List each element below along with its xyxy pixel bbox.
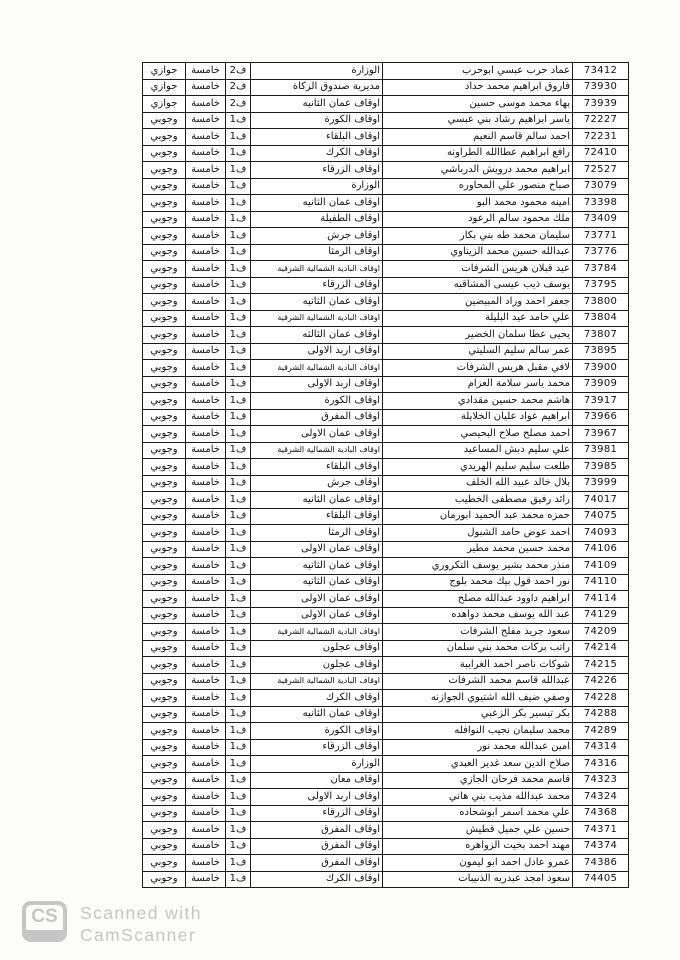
cell-directorate: اوقاف عمان الثانيه <box>251 574 383 591</box>
cell-grade: ف1 <box>226 129 251 146</box>
table-row: 73917هاشم محمد حسين مقدادياوقاف الكورةف1… <box>143 393 629 410</box>
cell-grade: ف1 <box>226 277 251 294</box>
cell-name: سليمان محمد طه بني بكار <box>383 228 573 245</box>
table-row: 74374مهند احمد بخيت الزواهرهاوقاف المفرق… <box>143 838 629 855</box>
cell-serial: 73909 <box>573 376 629 393</box>
cell-serial: 72231 <box>573 129 629 146</box>
table-row: 73999بلال خالد عبيد الله الخلفاوقاف جرشف… <box>143 475 629 492</box>
cell-grade: ف1 <box>226 360 251 377</box>
cell-directorate: اوقاف عمان الاولى <box>251 541 383 558</box>
cell-directorate: اوقاف جرش <box>251 475 383 492</box>
cell-category: خامسة <box>186 690 226 707</box>
cell-directorate: اوقاف المفرق <box>251 838 383 855</box>
cell-category: خامسة <box>186 525 226 542</box>
cell-category: خامسة <box>186 393 226 410</box>
table-row: 74226عبدالله قاسم محمد الشرفاتاوقاف البا… <box>143 673 629 690</box>
cell-category: خامسة <box>186 426 226 443</box>
table-row: 73900لافي مقبل هريس الشرفاتاوقاف البادية… <box>143 360 629 377</box>
cell-directorate: اوقاف المفرق <box>251 822 383 839</box>
table-row: 73967احمد مصلح صلاح البحيصياوقاف عمان ال… <box>143 426 629 443</box>
cell-category: خامسة <box>186 558 226 575</box>
cell-name: لافي مقبل هريس الشرفات <box>383 360 573 377</box>
cell-directorate: اوقاف اربد الاولى <box>251 376 383 393</box>
cell-serial: 74289 <box>573 723 629 740</box>
cell-type: وجوبي <box>143 772 186 789</box>
cell-name: وصفي ضيف الله اشتيوي الجوازنه <box>383 690 573 707</box>
cell-name: هاشم محمد حسين مقدادي <box>383 393 573 410</box>
cell-serial: 73079 <box>573 178 629 195</box>
cell-serial: 74323 <box>573 772 629 789</box>
cell-directorate: اوقاف اربد الاولى <box>251 343 383 360</box>
table-row: 74114ابراهيم داوود عبدالله مصلحاوقاف عما… <box>143 591 629 608</box>
cell-category: خامسة <box>186 723 226 740</box>
cell-type: وجوبي <box>143 525 186 542</box>
cell-directorate: اوقاف عمان الثانيه <box>251 294 383 311</box>
cell-category: خامسة <box>186 228 226 245</box>
cell-grade: ف1 <box>226 690 251 707</box>
cell-type: وجوبي <box>143 228 186 245</box>
cell-type: وجوبي <box>143 723 186 740</box>
cell-directorate: اوقاف الكورة <box>251 393 383 410</box>
cell-serial: 74214 <box>573 640 629 657</box>
table-row: 73981علي سليم دبش المساعيداوقاف البادية … <box>143 442 629 459</box>
cell-type: وجوبي <box>143 640 186 657</box>
cell-grade: ف1 <box>226 838 251 855</box>
cell-name: ابراهيم داوود عبدالله مصلح <box>383 591 573 608</box>
cell-type: وجوبي <box>143 607 186 624</box>
cell-name: بهاء محمد موسى حسين <box>383 96 573 113</box>
table-row: 73895عمر سالم سليم السليتياوقاف اربد الا… <box>143 343 629 360</box>
cell-serial: 72227 <box>573 112 629 129</box>
cell-directorate: اوقاف المفرق <box>251 855 383 872</box>
table-row: 74075حمزه محمد عبد الحميد ابورماناوقاف ا… <box>143 508 629 525</box>
table-row: 73409ملك محمود سالم الرعوداوقاف الطفيلةف… <box>143 211 629 228</box>
cell-category: خامسة <box>186 574 226 591</box>
cell-directorate: اوقاف جرش <box>251 228 383 245</box>
personnel-table: 73412عماد حرب عبسي ابوحربالوزارةف2خامسةج… <box>142 62 629 888</box>
cell-category: خامسة <box>186 822 226 839</box>
cell-category: خامسة <box>186 178 226 195</box>
cell-grade: ف1 <box>226 871 251 888</box>
table-row: 74371حسين علي جميل قطيشاوقاف المفرقف1خام… <box>143 822 629 839</box>
cell-category: خامسة <box>186 277 226 294</box>
cell-directorate: اوقاف المفرق <box>251 409 383 426</box>
cell-directorate: اوقاف البلقاء <box>251 459 383 476</box>
cell-type: وجوبي <box>143 822 186 839</box>
table-row: 73784عيد قبلان هريس الشرفاتاوقاف البادية… <box>143 261 629 278</box>
cell-directorate: اوقاف عمان الثانيه <box>251 558 383 575</box>
cell-name: محمد ياسر سلامة العزام <box>383 376 573 393</box>
table-row: 74129عبد الله يوسف محمد دواهدهاوقاف عمان… <box>143 607 629 624</box>
cell-name: عبدالله قاسم محمد الشرفات <box>383 673 573 690</box>
table-row: 73795يوسف ذيب عيسى المشاقبهاوقاف الزرقاء… <box>143 277 629 294</box>
cell-type: وجوبي <box>143 327 186 344</box>
cell-serial: 74371 <box>573 822 629 839</box>
cell-serial: 74226 <box>573 673 629 690</box>
cell-category: خامسة <box>186 805 226 822</box>
cell-type: وجوبي <box>143 294 186 311</box>
cell-directorate: اوقاف البادية الشمالية الشرقية <box>251 624 383 641</box>
table-row: 74368علي محمد اسمر ابوشحادهاوقاف الزرقاء… <box>143 805 629 822</box>
cell-name: يوسف ذيب عيسى المشاقبه <box>383 277 573 294</box>
cell-serial: 73412 <box>573 63 629 80</box>
cell-category: خامسة <box>186 112 226 129</box>
cell-type: وجوبي <box>143 805 186 822</box>
cell-directorate: اوقاف الكرك <box>251 690 383 707</box>
cell-name: سعود امجد عبدريه الذنيبات <box>383 871 573 888</box>
cell-category: خامسة <box>186 129 226 146</box>
cell-directorate: الوزارة <box>251 178 383 195</box>
table-row: 73807يحيى عطا سلمان الخضيراوقاف عمان الث… <box>143 327 629 344</box>
cell-grade: ف1 <box>226 426 251 443</box>
cell-grade: ف1 <box>226 591 251 608</box>
cell-grade: ف1 <box>226 475 251 492</box>
cell-directorate: الوزارة <box>251 63 383 80</box>
cell-type: وجوبي <box>143 426 186 443</box>
cell-category: خامسة <box>186 261 226 278</box>
cell-type: وجوبي <box>143 574 186 591</box>
cell-name: مهند احمد بخيت الزواهره <box>383 838 573 855</box>
cell-serial: 73771 <box>573 228 629 245</box>
cell-directorate: اوقاف معان <box>251 772 383 789</box>
cell-grade: ف2 <box>226 96 251 113</box>
cell-serial: 73409 <box>573 211 629 228</box>
cell-grade: ف1 <box>226 772 251 789</box>
camscanner-watermark: CS Scanned with CamScanner <box>22 901 202 947</box>
table-row: 74405سعود امجد عبدريه الذنيباتاوقاف الكر… <box>143 871 629 888</box>
cell-directorate: اوقاف البادية الشمالية الشرقية <box>251 673 383 690</box>
cell-category: خامسة <box>186 343 226 360</box>
table-row: 73412عماد حرب عبسي ابوحربالوزارةف2خامسةج… <box>143 63 629 80</box>
cell-category: خامسة <box>186 624 226 641</box>
cell-category: خامسة <box>186 772 226 789</box>
personnel-table-body: 73412عماد حرب عبسي ابوحربالوزارةف2خامسةج… <box>143 63 629 888</box>
cell-category: خامسة <box>186 162 226 179</box>
cell-category: خامسة <box>186 657 226 674</box>
cell-type: وجوبي <box>143 657 186 674</box>
table-row: 73966ابراهيم عواد عليان الخلايلةاوقاف ال… <box>143 409 629 426</box>
cell-directorate: اوقاف عمان الثالثه <box>251 327 383 344</box>
cell-name: شوكات ناصر احمد الغرايبة <box>383 657 573 674</box>
camscanner-logo-letters: CS <box>26 906 63 928</box>
cell-directorate: اوقاف البادية الشمالية الشرقية <box>251 442 383 459</box>
cell-grade: ف1 <box>226 327 251 344</box>
cell-grade: ف1 <box>226 855 251 872</box>
cell-category: خامسة <box>186 640 226 657</box>
table-row: 74106محمد حسين محمد مطيراوقاف عمان الاول… <box>143 541 629 558</box>
table-row: 74314امين عبدالله محمد نوراوقاف الزرقاءف… <box>143 739 629 756</box>
cell-directorate: اوقاف اربد الاولى <box>251 789 383 806</box>
cell-type: جوازي <box>143 79 186 96</box>
cell-grade: ف1 <box>226 739 251 756</box>
cell-type: وجوبي <box>143 624 186 641</box>
cell-grade: ف1 <box>226 492 251 509</box>
cell-name: عمر سالم سليم السليتي <box>383 343 573 360</box>
cell-grade: ف1 <box>226 178 251 195</box>
cell-grade: ف1 <box>226 657 251 674</box>
table-row: 73985طلعت سليم سليم الهريدياوقاف البلقاء… <box>143 459 629 476</box>
cell-category: خامسة <box>186 442 226 459</box>
cell-directorate: اوقاف عمان الثانيه <box>251 195 383 212</box>
cell-directorate: اوقاف الكرك <box>251 145 383 162</box>
table-row: 73771سليمان محمد طه بني بكاراوقاف جرشف1خ… <box>143 228 629 245</box>
cell-category: خامسة <box>186 508 226 525</box>
cell-name: صباح منصور علي المحاوره <box>383 178 573 195</box>
cell-name: سعود جريد مفلح الشرفات <box>383 624 573 641</box>
cell-name: محمد عبدالله مذيب بني هاني <box>383 789 573 806</box>
cell-directorate: اوقاف عمان الاولى <box>251 607 383 624</box>
cell-serial: 74110 <box>573 574 629 591</box>
cell-serial: 73776 <box>573 244 629 261</box>
table-row: 74288بكر تيسير بكر الزعبياوقاف عمان الثا… <box>143 706 629 723</box>
cell-serial: 74368 <box>573 805 629 822</box>
cell-directorate: اوقاف البلقاء <box>251 129 383 146</box>
cell-serial: 74374 <box>573 838 629 855</box>
cell-directorate: اوقاف عمان الاولى <box>251 426 383 443</box>
cell-directorate: اوقاف البادية الشمالية الشرقية <box>251 261 383 278</box>
cell-serial: 74215 <box>573 657 629 674</box>
cell-type: وجوبي <box>143 838 186 855</box>
watermark-line-1: Scanned with <box>80 902 202 924</box>
cell-serial: 73939 <box>573 96 629 113</box>
cell-type: وجوبي <box>143 508 186 525</box>
table-row: 74214راتب بركات محمد بني سلماناوقاف عجلو… <box>143 640 629 657</box>
cell-directorate: اوقاف عمان الثانيه <box>251 96 383 113</box>
table-row: 73800جعفر احمد وراد المبيضيناوقاف عمان ا… <box>143 294 629 311</box>
cell-serial: 73804 <box>573 310 629 327</box>
cell-grade: ف2 <box>226 79 251 96</box>
cell-type: وجوبي <box>143 393 186 410</box>
cell-type: وجوبي <box>143 591 186 608</box>
cell-serial: 73398 <box>573 195 629 212</box>
cell-directorate: الوزارة <box>251 756 383 773</box>
cell-type: وجوبي <box>143 739 186 756</box>
cell-serial: 74288 <box>573 706 629 723</box>
cell-grade: ف1 <box>226 723 251 740</box>
cell-grade: ف1 <box>226 756 251 773</box>
cell-name: بكر تيسير بكر الزعبي <box>383 706 573 723</box>
cell-grade: ف1 <box>226 211 251 228</box>
cell-name: علي محمد اسمر ابوشحاده <box>383 805 573 822</box>
cell-category: خامسة <box>186 310 226 327</box>
cell-name: رائد رفيق مصطفى الخطيب <box>383 492 573 509</box>
cell-type: وجوبي <box>143 756 186 773</box>
cell-category: خامسة <box>186 789 226 806</box>
cell-category: خامسة <box>186 211 226 228</box>
cell-type: وجوبي <box>143 112 186 129</box>
scanned-document-page: 73412عماد حرب عبسي ابوحربالوزارةف2خامسةج… <box>0 0 680 960</box>
cell-type: وجوبي <box>143 855 186 872</box>
cell-category: خامسة <box>186 96 226 113</box>
cell-grade: ف1 <box>226 195 251 212</box>
cell-name: احمد مصلح صلاح البحيصي <box>383 426 573 443</box>
cell-grade: ف1 <box>226 409 251 426</box>
cell-category: خامسة <box>186 327 226 344</box>
cell-serial: 74405 <box>573 871 629 888</box>
cell-type: وجوبي <box>143 442 186 459</box>
cell-category: خامسة <box>186 409 226 426</box>
cell-type: وجوبي <box>143 558 186 575</box>
camscanner-logo-icon: CS <box>22 901 67 942</box>
cell-name: ياسر ابراهيم رشاد بني عبسي <box>383 112 573 129</box>
cell-category: خامسة <box>186 591 226 608</box>
cell-type: وجوبي <box>143 244 186 261</box>
cell-serial: 73807 <box>573 327 629 344</box>
cell-name: نور احمد قول بيك محمد بلوج <box>383 574 573 591</box>
cell-type: وجوبي <box>143 277 186 294</box>
cell-directorate: اوقاف الرمثا <box>251 244 383 261</box>
cell-name: منذر محمد بشير يوسف التكروري <box>383 558 573 575</box>
cell-serial: 74129 <box>573 607 629 624</box>
table-row: 74386عمرو عادل احمد ابو ليموناوقاف المفر… <box>143 855 629 872</box>
cell-directorate: اوقاف عمان الثانيه <box>251 706 383 723</box>
cell-name: طلعت سليم سليم الهريدي <box>383 459 573 476</box>
cell-name: يحيى عطا سلمان الخضير <box>383 327 573 344</box>
cell-type: وجوبي <box>143 376 186 393</box>
table-row: 73804علي حامد عيد البليلةاوقاف البادية ا… <box>143 310 629 327</box>
cell-category: خامسة <box>186 607 226 624</box>
cell-grade: ف2 <box>226 63 251 80</box>
cell-directorate: اوقاف الزرقاء <box>251 739 383 756</box>
table-row: 74017رائد رفيق مصطفى الخطيباوقاف عمان ال… <box>143 492 629 509</box>
cell-type: وجوبي <box>143 211 186 228</box>
cell-serial: 74114 <box>573 591 629 608</box>
cell-serial: 73795 <box>573 277 629 294</box>
cell-name: فاروق ابراهيم محمد حداد <box>383 79 573 96</box>
cell-grade: ف1 <box>226 310 251 327</box>
cell-name: جعفر احمد وراد المبيضين <box>383 294 573 311</box>
cell-directorate: اوقاف عمان الاولى <box>251 591 383 608</box>
cell-type: وجوبي <box>143 492 186 509</box>
table-row: 73930فاروق ابراهيم محمد حدادمديرية صندوق… <box>143 79 629 96</box>
cell-directorate: اوقاف الطفيلة <box>251 211 383 228</box>
cell-name: احمد عوض حامد الشبول <box>383 525 573 542</box>
cell-name: صلاح الدين سعد غدير العبدي <box>383 756 573 773</box>
cell-category: خامسة <box>186 838 226 855</box>
cell-serial: 74324 <box>573 789 629 806</box>
cell-type: وجوبي <box>143 162 186 179</box>
cell-name: محمد حسين محمد مطير <box>383 541 573 558</box>
cell-type: وجوبي <box>143 475 186 492</box>
cell-directorate: اوقاف عمان الثانيه <box>251 492 383 509</box>
cell-grade: ف1 <box>226 640 251 657</box>
cell-directorate: اوقاف الكورة <box>251 112 383 129</box>
cell-category: خامسة <box>186 706 226 723</box>
cell-type: وجوبي <box>143 145 186 162</box>
table-row: 74215شوكات ناصر احمد الغرايبةاوقاف عجلون… <box>143 657 629 674</box>
cell-serial: 73784 <box>573 261 629 278</box>
cell-directorate: مديرية صندوق الزكاة <box>251 79 383 96</box>
cell-serial: 73985 <box>573 459 629 476</box>
cell-type: وجوبي <box>143 690 186 707</box>
cell-category: خامسة <box>186 475 226 492</box>
cell-serial: 73900 <box>573 360 629 377</box>
cell-grade: ف1 <box>226 789 251 806</box>
cell-serial: 72410 <box>573 145 629 162</box>
cell-name: احمد سالم قاسم النعيم <box>383 129 573 146</box>
table-row: 72410رافع ابراهيم عطاالله الطراونهاوقاف … <box>143 145 629 162</box>
cell-grade: ف1 <box>226 393 251 410</box>
cell-name: قاسم محمد فرحان الجازي <box>383 772 573 789</box>
cell-grade: ف1 <box>226 343 251 360</box>
table-row: 73776عبدالله حسين محمد الزيتاوياوقاف الر… <box>143 244 629 261</box>
cell-type: وجوبي <box>143 261 186 278</box>
cell-serial: 73999 <box>573 475 629 492</box>
table-row: 74093احمد عوض حامد الشبولاوقاف الرمثاف1خ… <box>143 525 629 542</box>
cell-grade: ف1 <box>226 607 251 624</box>
cell-directorate: اوقاف عجلون <box>251 640 383 657</box>
cell-serial: 74228 <box>573 690 629 707</box>
table-row: 72227ياسر ابراهيم رشاد بني عبسياوقاف الك… <box>143 112 629 129</box>
table-row: 73939بهاء محمد موسى حسيناوقاف عمان الثان… <box>143 96 629 113</box>
cell-serial: 73895 <box>573 343 629 360</box>
table-row: 72527ابراهيم محمد درويش الدرباشياوقاف ال… <box>143 162 629 179</box>
cell-category: خامسة <box>186 871 226 888</box>
cell-name: عماد حرب عبسي ابوحرب <box>383 63 573 80</box>
cell-type: وجوبي <box>143 673 186 690</box>
cell-category: خامسة <box>186 376 226 393</box>
cell-type: وجوبي <box>143 459 186 476</box>
cell-directorate: اوقاف الزرقاء <box>251 805 383 822</box>
cell-directorate: اوقاف الرمثا <box>251 525 383 542</box>
cell-grade: ف1 <box>226 376 251 393</box>
cell-serial: 74386 <box>573 855 629 872</box>
cell-name: امين عبدالله محمد نور <box>383 739 573 756</box>
cell-directorate: اوقاف البلقاء <box>251 508 383 525</box>
cell-grade: ف1 <box>226 574 251 591</box>
cell-category: خامسة <box>186 244 226 261</box>
table-row: 73079صباح منصور علي المحاورهالوزارةف1خام… <box>143 178 629 195</box>
cell-grade: ف1 <box>226 294 251 311</box>
cell-grade: ف1 <box>226 673 251 690</box>
cell-serial: 73967 <box>573 426 629 443</box>
cell-directorate: اوقاف البادية الشمالية الشرقية <box>251 360 383 377</box>
cell-type: وجوبي <box>143 871 186 888</box>
cell-name: ابراهيم عواد عليان الخلايلة <box>383 409 573 426</box>
cell-name: رافع ابراهيم عطاالله الطراونه <box>383 145 573 162</box>
cell-type: جوازي <box>143 63 186 80</box>
cell-grade: ف1 <box>226 624 251 641</box>
cell-type: وجوبي <box>143 541 186 558</box>
cell-serial: 73966 <box>573 409 629 426</box>
cell-grade: ف1 <box>226 706 251 723</box>
cell-grade: ف1 <box>226 261 251 278</box>
cell-serial: 72527 <box>573 162 629 179</box>
cell-grade: ف1 <box>226 162 251 179</box>
cell-type: وجوبي <box>143 706 186 723</box>
cell-serial: 74209 <box>573 624 629 641</box>
cell-category: خامسة <box>186 360 226 377</box>
cell-name: راتب بركات محمد بني سلمان <box>383 640 573 657</box>
cell-type: وجوبي <box>143 129 186 146</box>
cell-grade: ف1 <box>226 541 251 558</box>
table-row: 74209سعود جريد مفلح الشرفاتاوقاف البادية… <box>143 624 629 641</box>
cell-name: علي سليم دبش المساعيد <box>383 442 573 459</box>
cell-type: وجوبي <box>143 343 186 360</box>
cell-name: عيد قبلان هريس الشرفات <box>383 261 573 278</box>
cell-serial: 74017 <box>573 492 629 509</box>
cell-directorate: اوقاف البادية الشمالية الشرقية <box>251 310 383 327</box>
cell-grade: ف1 <box>226 805 251 822</box>
cell-grade: ف1 <box>226 459 251 476</box>
cell-name: حمزه محمد عبد الحميد ابورمان <box>383 508 573 525</box>
cell-grade: ف1 <box>226 228 251 245</box>
cell-name: ملك محمود سالم الرعود <box>383 211 573 228</box>
cell-directorate: اوقاف عجلون <box>251 657 383 674</box>
cell-grade: ف1 <box>226 822 251 839</box>
table-row: 74228وصفي ضيف الله اشتيوي الجوازنهاوقاف … <box>143 690 629 707</box>
cell-category: خامسة <box>186 756 226 773</box>
